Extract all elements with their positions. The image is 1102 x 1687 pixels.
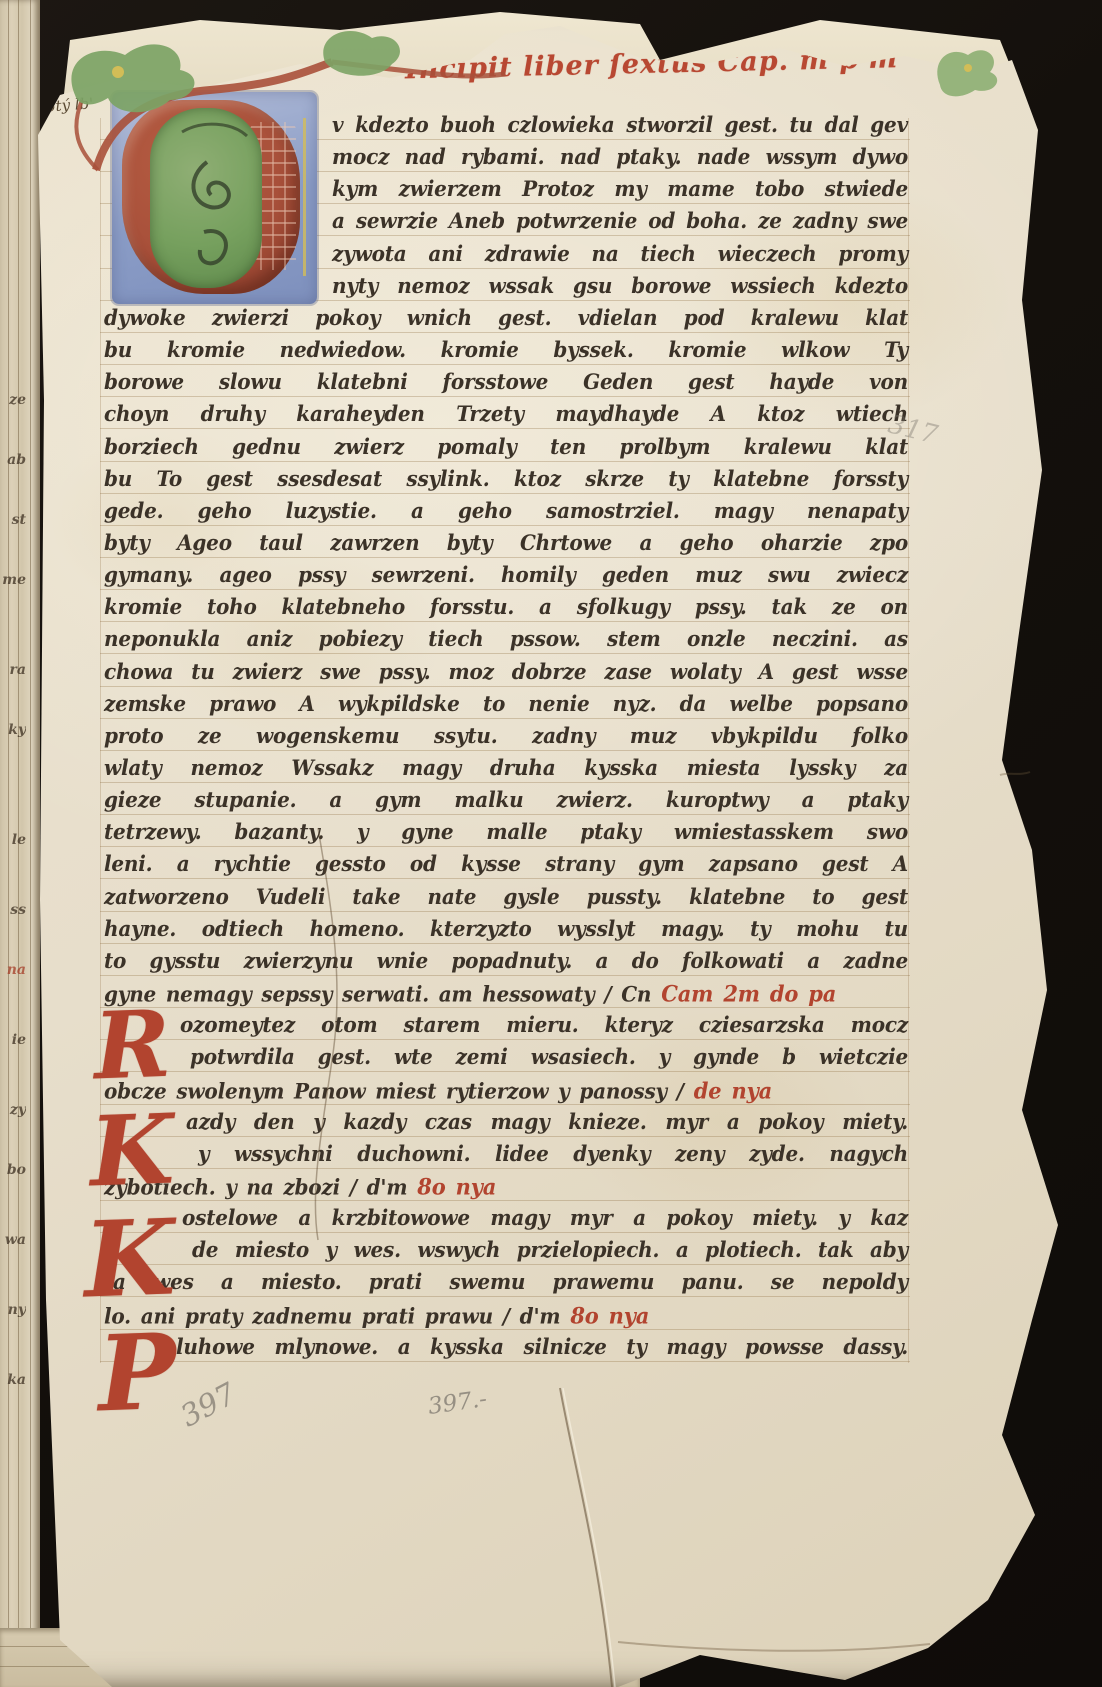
- manuscript-line: a sewrzie Aneb potwrzenie od boha. ze za…: [332, 209, 908, 241]
- manuscript-line: gyne nemagy sepssy serwati. am hessowaty…: [104, 980, 908, 1012]
- manuscript-line: leni. a rychtie gessto od kysse strany g…: [104, 852, 908, 884]
- line-text: tetrzewy. bazanty. y gyne malle ptaky wm…: [104, 819, 908, 844]
- line-text: proto ze wogenskemu ssytu. zadny muz vby…: [104, 723, 908, 748]
- manuscript-line: ostelowe a krzbitowowe magy myr a pokoy …: [182, 1205, 908, 1237]
- line-text: leni. a rychtie gessto od kysse strany g…: [104, 852, 908, 877]
- red-chapter-marker: 8o nya: [560, 1302, 649, 1329]
- manuscript-line: kym zwierzem Protoz my mame tobo stwiede: [332, 176, 908, 208]
- bleed-text-fragment: na: [0, 962, 26, 984]
- manuscript-line: zybotiech. y na zbozi / d'm8o nya: [104, 1173, 908, 1205]
- manuscript-line: mocz nad rybami. nad ptaky. nade wssym d…: [332, 144, 908, 176]
- line-text: choyn druhy karaheyden Trzety maydhayde …: [104, 401, 908, 426]
- manuscript-line: gede. geho luzystie. a geho samostrziel.…: [104, 498, 908, 530]
- lombard-initial-K: K: [82, 1210, 176, 1307]
- bleed-text-fragment: ky: [0, 722, 26, 744]
- line-text: mocz nad rybami. nad ptaky. nade wssym d…: [332, 144, 908, 169]
- bleed-text-fragment: ny: [0, 1302, 26, 1324]
- manuscript-line: byty Ageo taul zawrzen byty Chrtowe a ge…: [104, 530, 908, 562]
- line-text: ostelowe a krzbitowowe magy myr a pokoy …: [182, 1205, 908, 1230]
- lombard-initial-R: R: [93, 1003, 172, 1088]
- manuscript-line: to gysstu zwierzynu wnie popadnuty. a do…: [104, 948, 908, 980]
- line-text: zatworzeno Vudeli take nate gysle pussty…: [104, 884, 908, 909]
- manuscript-line: y wssychni duchowni. lidee dyenky zeny z…: [198, 1141, 908, 1173]
- line-text: gymany. ageo pssy sewrzeni. homily geden…: [104, 562, 908, 587]
- line-text: gieze stupanie. a gym malku zwierz. kuro…: [104, 787, 908, 812]
- line-text: v kdezto buoh czlowieka stworzil gest. t…: [332, 112, 908, 137]
- manuscript-line: v kdezto buoh czlowieka stworzil gest. t…: [332, 112, 908, 144]
- line-text: azdy den y kazdy czas magy knieze. myr a…: [186, 1109, 908, 1134]
- bleed-text-fragment: ss: [0, 902, 26, 924]
- initial-gold-line: [303, 118, 306, 276]
- red-chapter-marker: de nya: [684, 1077, 772, 1104]
- line-text: borowe slowu klatebni forsstowe Geden ge…: [104, 369, 908, 394]
- manuscript-line: chowa tu zwierz swe pssy. moz dobrze zas…: [104, 659, 908, 691]
- bleed-text-fragment: ze: [0, 392, 26, 414]
- manuscript-line: ta wes a miesto. prati swemu prawemu pan…: [104, 1269, 908, 1301]
- line-text: bu kromie nedwiedow. kromie byssek. krom…: [104, 337, 908, 362]
- pencil-foliation-center: 397.-: [426, 1386, 488, 1420]
- bleed-text-fragment: ra: [0, 662, 26, 684]
- bleed-text-fragment: wa: [0, 1232, 26, 1254]
- leaf-edge-line: [30, 0, 31, 1687]
- line-text: ozomeytez otom starem mieru. kteryz czie…: [180, 1012, 908, 1037]
- line-text: gede. geho luzystie. a geho samostrziel.…: [104, 498, 908, 523]
- line-text: hayne. odtiech homeno. kterzyzto wysslyt…: [104, 916, 908, 941]
- lombard-initial-P: P: [96, 1325, 177, 1421]
- manuscript-line: de miesto y wes. wswych przielopiech. a …: [192, 1237, 908, 1269]
- bleed-text-fragment: zy: [0, 1102, 26, 1124]
- manuscript-line: borowe slowu klatebni forsstowe Geden ge…: [104, 369, 908, 401]
- line-text: borziech gednu zwierz pomaly ten prolbym…: [104, 434, 908, 459]
- manuscript-line: borziech gednu zwierz pomaly ten prolbym…: [104, 434, 908, 466]
- manuscript-line: azdy den y kazdy czas magy knieze. myr a…: [186, 1109, 908, 1141]
- bleed-text-fragment: ie: [0, 1032, 26, 1054]
- bleed-text-fragment: bo: [0, 1162, 26, 1184]
- line-text: de miesto y wes. wswych przielopiech. a …: [192, 1237, 908, 1262]
- line-text: kym zwierzem Protoz my mame tobo stwiede: [332, 176, 908, 201]
- manuscript-line: ozomeytez otom starem mieru. kteryz czie…: [180, 1012, 908, 1044]
- manuscript-line: zywota ani zdrawie na tiech wieczech pro…: [332, 241, 908, 273]
- manuscript-line: dywoke zwierzi pokoy wnich gest. vdielan…: [104, 305, 908, 337]
- manuscript-line: gieze stupanie. a gym malku zwierz. kuro…: [104, 787, 908, 819]
- red-chapter-marker: Cam 2m do pa: [651, 980, 836, 1007]
- manuscript-line: obcze swolenym Panow miest rytierzow y p…: [104, 1077, 908, 1109]
- manuscript-line: potwrdila gest. wte zemi wsasiech. y gyn…: [190, 1044, 908, 1076]
- line-text: kromie toho klatebneho forsstu. a sfolku…: [104, 594, 908, 619]
- manuscript-line: proto ze wogenskemu ssytu. zadny muz vby…: [104, 723, 908, 755]
- right-margin-rule: [908, 118, 909, 1363]
- line-text: bu To gest ssesdesat ssylink. ktoz skrze…: [104, 466, 908, 491]
- manuscript-line: gymany. ageo pssy sewrzeni. homily geden…: [104, 562, 908, 594]
- manuscript-line: neponukla aniz pobiezy tiech pssow. stem…: [104, 626, 908, 658]
- line-text: ta wes a miesto. prati swemu prawemu pan…: [104, 1269, 908, 1294]
- line-text: y wssychni duchowni. lidee dyenky zeny z…: [198, 1141, 908, 1166]
- bleed-text-fragment: ka: [0, 1372, 26, 1394]
- line-text: luhowe mlynowe. a kysska silnicze ty mag…: [176, 1334, 908, 1359]
- manuscript-photo: zeabstmerakylessnaiezybowanyka Incipit l…: [0, 0, 1102, 1687]
- bleed-text-fragment: st: [0, 512, 26, 534]
- line-text: dywoke zwierzi pokoy wnich gest. vdielan…: [104, 305, 908, 330]
- manuscript-line: choyn druhy karaheyden Trzety maydhayde …: [104, 401, 908, 433]
- manuscript-line: zatworzeno Vudeli take nate gysle pussty…: [104, 884, 908, 916]
- lombard-initial-K: K: [89, 1107, 175, 1196]
- red-chapter-marker: 8o nya: [407, 1173, 496, 1200]
- manuscript-line: luhowe mlynowe. a kysska silnicze ty mag…: [176, 1334, 908, 1366]
- line-text: potwrdila gest. wte zemi wsasiech. y gyn…: [190, 1044, 908, 1069]
- line-text: a sewrzie Aneb potwrzenie od boha. ze za…: [332, 209, 908, 234]
- line-text: zemske prawo A wykpildske to nenie nyz. …: [104, 691, 908, 716]
- manuscript-line: hayne. odtiech homeno. kterzyzto wysslyt…: [104, 916, 908, 948]
- line-text: to gysstu zwierzynu wnie popadnuty. a do…: [104, 948, 908, 973]
- initial-green-panel: [150, 108, 262, 288]
- pencil-foliation-left: 397: [175, 1377, 242, 1435]
- manuscript-line: wlaty nemoz Wssakz magy druha kysska mie…: [104, 755, 908, 787]
- parchment-page: Incipit liber ſextus Cap. m p'm 6tý lb' …: [0, 0, 1102, 1687]
- manuscript-line: nyty nemoz wssak gsu borowe wssiech kdez…: [332, 273, 908, 305]
- manuscript-line: zemske prawo A wykpildske to nenie nyz. …: [104, 691, 908, 723]
- line-text: chowa tu zwierz swe pssy. moz dobrze zas…: [104, 659, 908, 684]
- line-text: obcze swolenym Panow miest rytierzow y p…: [104, 1078, 684, 1103]
- manuscript-line: bu To gest ssesdesat ssylink. ktoz skrze…: [104, 466, 908, 498]
- line-text: neponukla aniz pobiezy tiech pssow. stem…: [104, 626, 908, 651]
- line-text: byty Ageo taul zawrzen byty Chrtowe a ge…: [104, 530, 908, 555]
- manuscript-line: bu kromie nedwiedow. kromie byssek. krom…: [104, 337, 908, 369]
- manuscript-line: lo. ani praty zadnemu prati prawu / d'm8…: [104, 1302, 908, 1334]
- bleed-text-fragment: le: [0, 832, 26, 854]
- bleed-text-fragment: ab: [0, 452, 26, 474]
- line-text: wlaty nemoz Wssakz magy druha kysska mie…: [104, 755, 908, 780]
- bleed-text-fragment: me: [0, 572, 26, 594]
- margin-note: 6tý lb': [45, 94, 93, 115]
- manuscript-line: kromie toho klatebneho forsstu. a sfolku…: [104, 594, 908, 626]
- line-text: zywota ani zdrawie na tiech wieczech pro…: [332, 241, 908, 266]
- illuminated-initial-U: [112, 92, 317, 304]
- line-text: nyty nemoz wssak gsu borowe wssiech kdez…: [332, 273, 908, 298]
- line-text: gyne nemagy sepssy serwati. am hessowaty…: [104, 981, 651, 1006]
- manuscript-line: tetrzewy. bazanty. y gyne malle ptaky wm…: [104, 819, 908, 851]
